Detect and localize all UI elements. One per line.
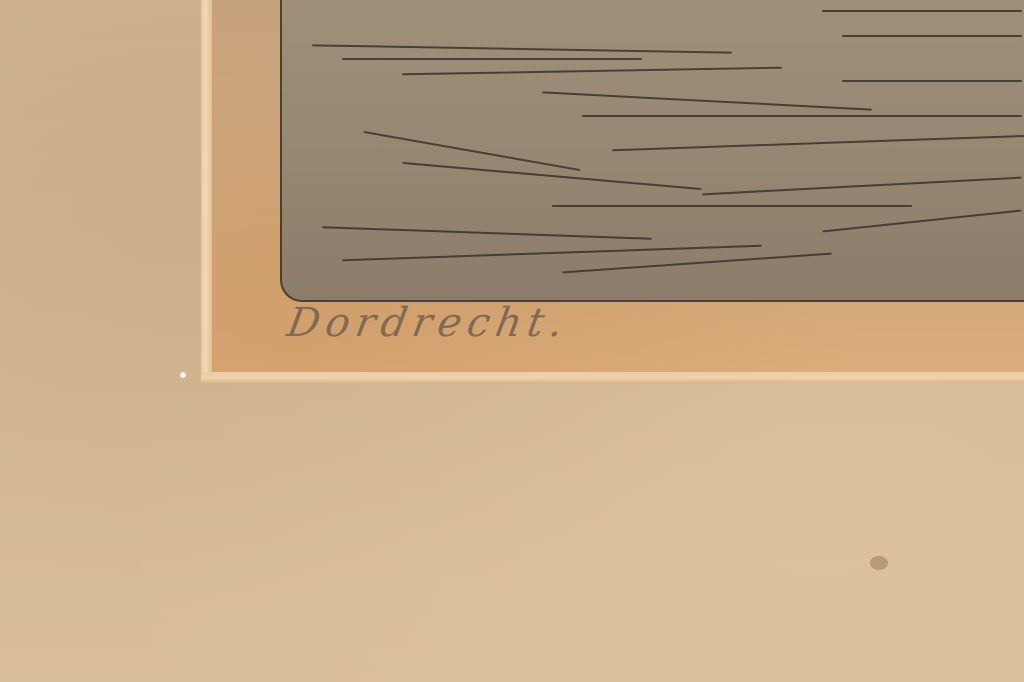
- artist-inscription: Dordrecht.: [284, 300, 573, 346]
- stain-spot: [870, 556, 888, 570]
- etching-plate-image: [280, 0, 1024, 302]
- mat-bevel-horizontal: [201, 372, 1024, 383]
- pin-mark: [180, 372, 186, 378]
- mat-bevel-vertical: [201, 0, 212, 383]
